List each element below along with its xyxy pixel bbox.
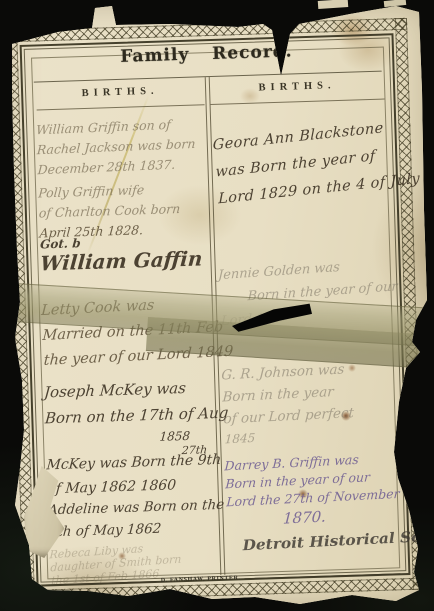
birth-entry-geora-blackstone: Geora Ann Blackstone was Born the year o… [213, 114, 406, 213]
birth-entry-william-gaffin: Got. b William Gaffin [41, 232, 214, 275]
document-paper: Family Record. BIRTHS. BIRTHS. William G… [0, 0, 434, 611]
printer-imprint: D. FANSHAW, PRINTER. [161, 575, 241, 584]
photo-backdrop: Family Record. BIRTHS. BIRTHS. William G… [0, 0, 434, 611]
birth-entry-gr-johnson: G. R. Johnson was Born in the year of ou… [222, 355, 412, 448]
torn-paper-fragment [384, 0, 407, 7]
birth-entry-william-griffin: William Griffin son of Rachel Jackson wa… [37, 113, 211, 180]
imprint-rule-left [46, 580, 157, 584]
birth-entry-darrey-griffin: Darrey B. Griffin was Born in the year o… [225, 448, 414, 531]
torn-paper-fragment [318, 0, 348, 9]
imprint-rule-right [245, 573, 401, 579]
handwritten-line: William Gaffin [39, 246, 213, 275]
birth-entry-addeline: Addeline was Born on the 9th of May 1862 [49, 494, 222, 543]
birth-entry-mckey: McKey was Born the 9th 27th of May 1862 … [47, 448, 220, 501]
superscript-date: 27th [181, 438, 208, 463]
